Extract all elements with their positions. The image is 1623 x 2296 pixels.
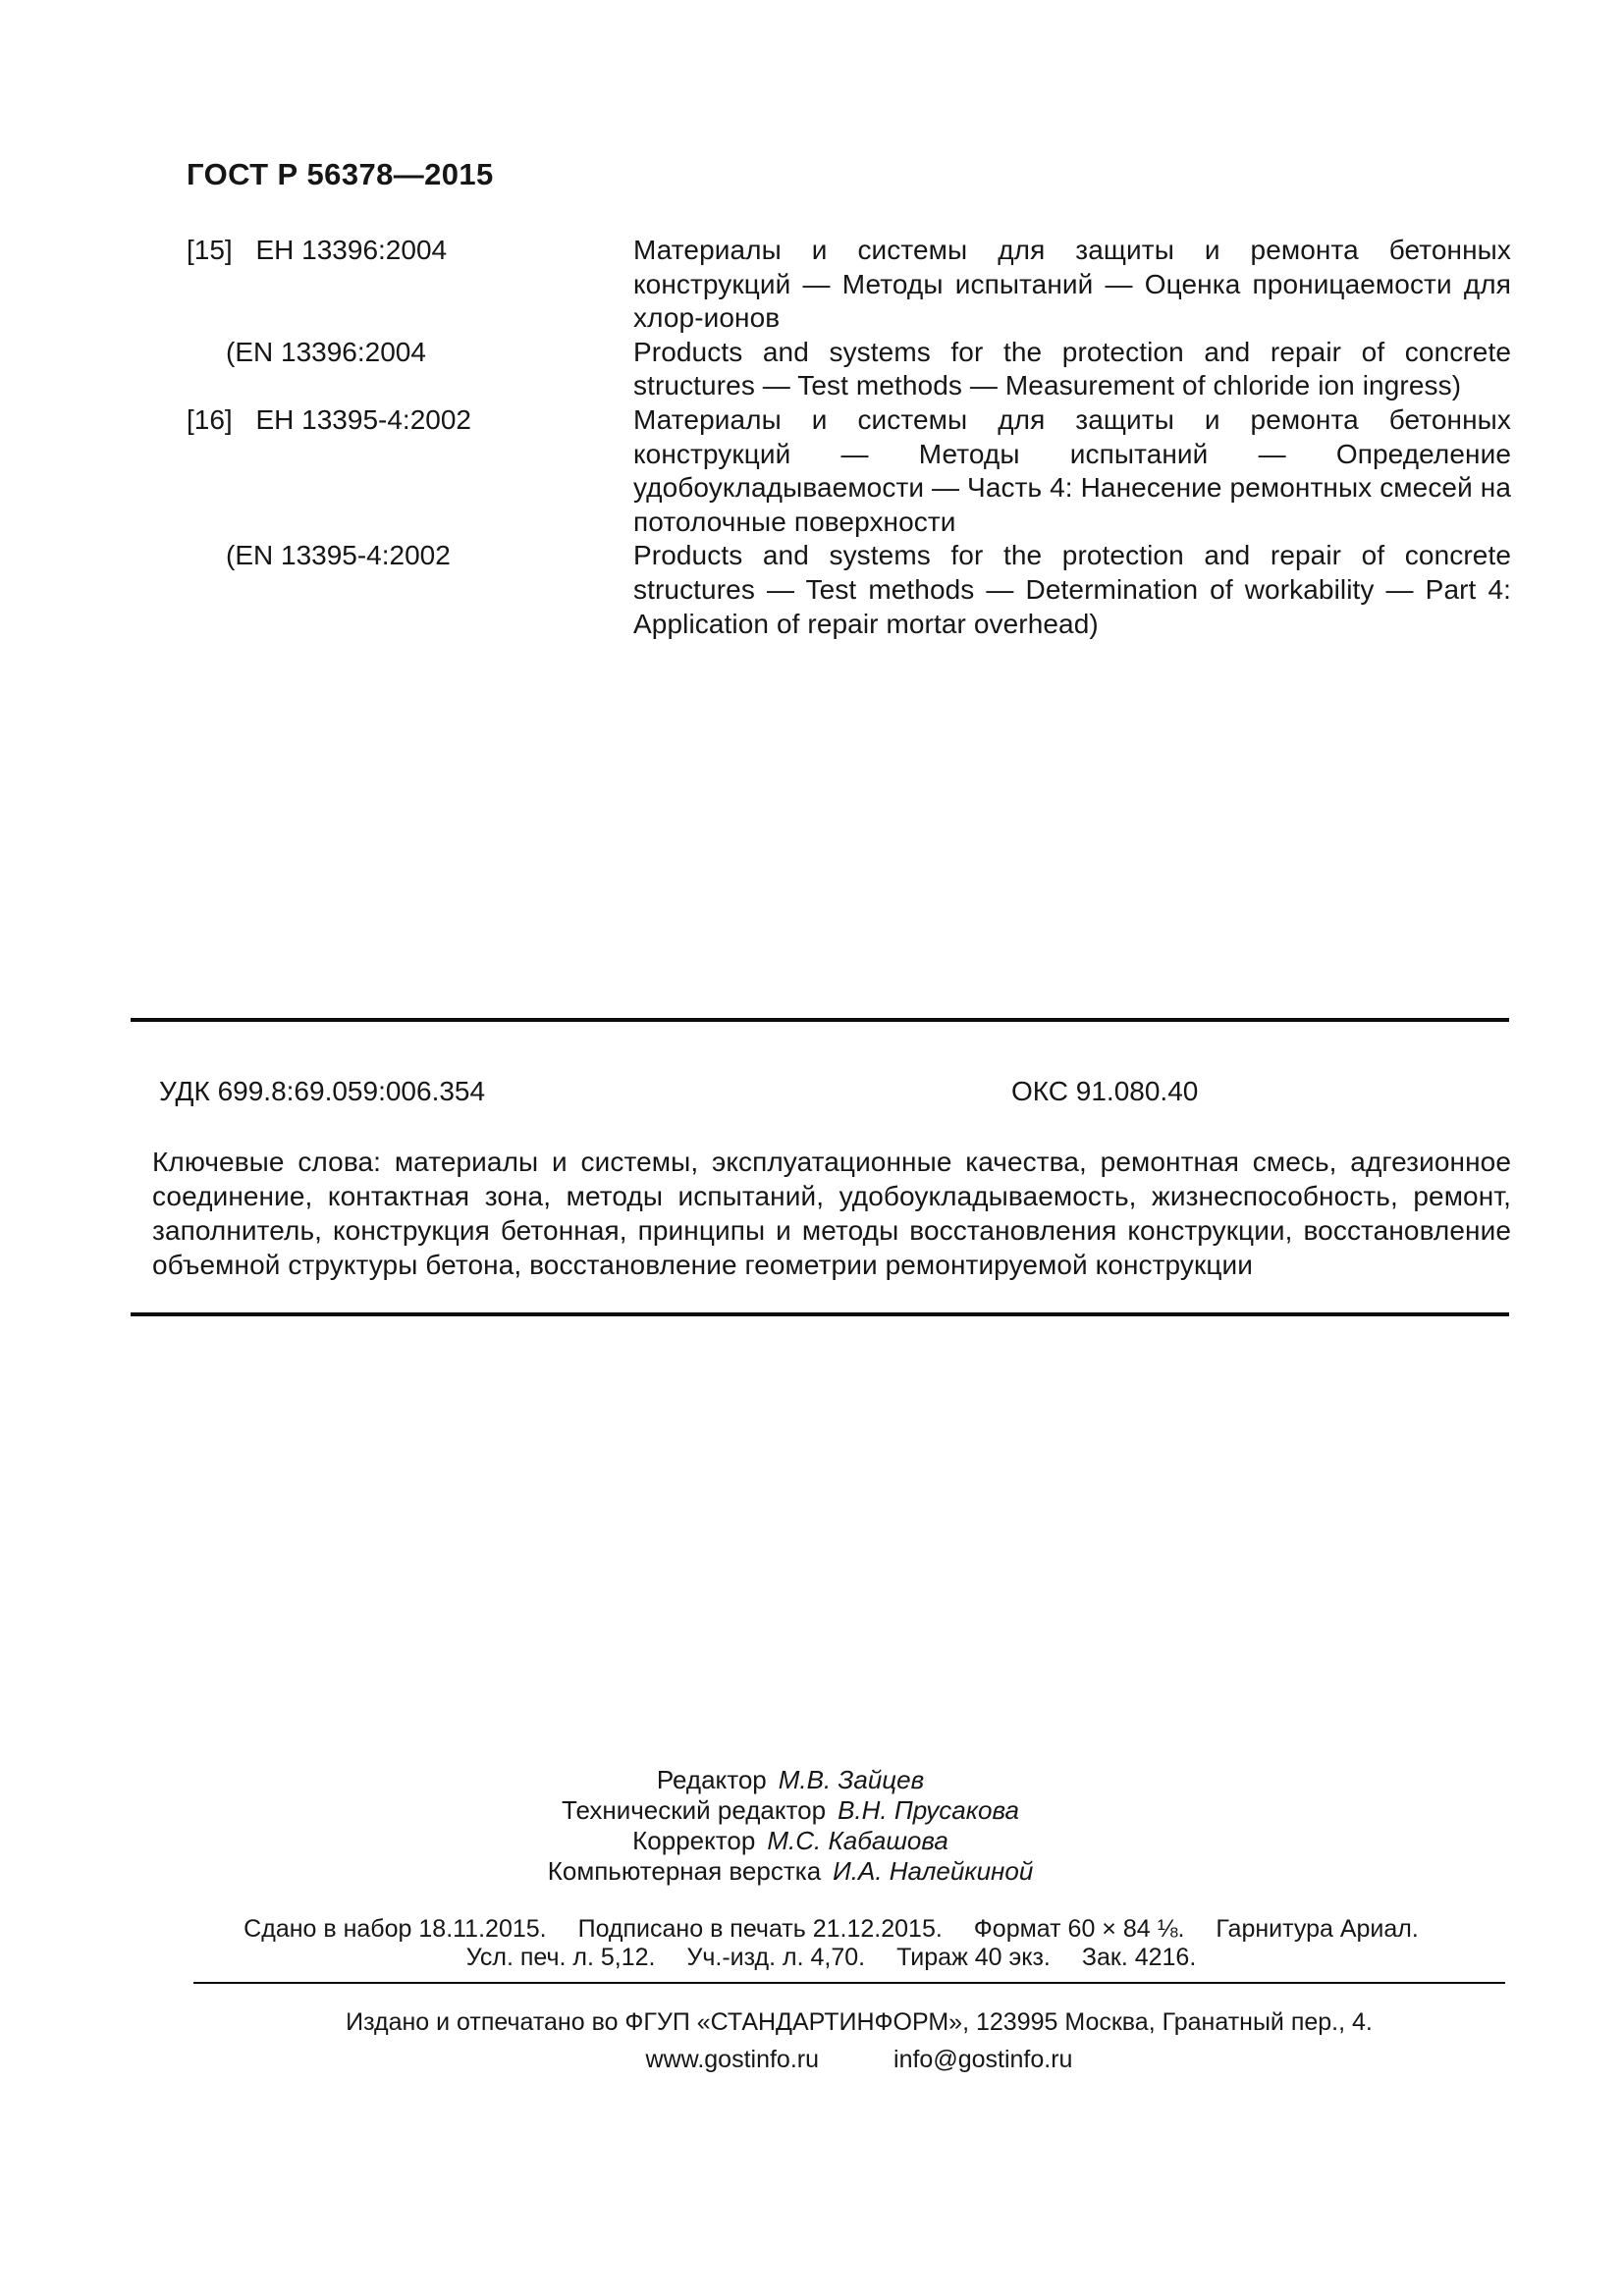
typeface-name: Гарнитура Ариал.: [1216, 1915, 1418, 1944]
print-run: Тираж 40 экз.: [896, 1944, 1051, 1972]
publisher-website-link: www.gostinfo.ru: [646, 2046, 819, 2074]
reference-code-en: (EN 13396:2004: [187, 336, 633, 403]
staff-line-technical-editor: Технический редакторВ.Н. Прусакова: [0, 1795, 1581, 1826]
publisher-links: www.gostinfo.ruinfo@gostinfo.ru: [93, 2046, 1623, 2074]
keywords-paragraph: Ключевые слова: материалы и системы, экс…: [152, 1145, 1511, 1282]
bibliography-list: [15] ЕН 13396:2004 Материалы и системы д…: [187, 234, 1511, 641]
staff-name: И.А. Налейкиной: [833, 1856, 1033, 1886]
horizontal-rule-top: [131, 1018, 1509, 1022]
staff-name: М.В. Зайцев: [779, 1765, 924, 1794]
udk-code: УДК 699.8:69.059:006.354: [159, 1076, 485, 1107]
typeset-date: Сдано в набор 18.11.2015.: [243, 1915, 546, 1944]
reference-label-ru-16: [16] ЕН 13395-4:2002: [187, 403, 633, 539]
staff-role: Редактор: [657, 1765, 767, 1794]
staff-name: М.С. Кабашова: [767, 1826, 947, 1855]
document-page: ГОСТ Р 56378—2015 [15] ЕН 13396:2004 Мат…: [0, 0, 1623, 2296]
oks-code: ОКС 91.080.40: [1011, 1076, 1198, 1107]
reference-label-ru-15: [15] ЕН 13396:2004: [187, 234, 633, 336]
staff-role: Корректор: [632, 1826, 755, 1855]
print-info-line-1: Сдано в набор 18.11.2015.Подписано в печ…: [39, 1915, 1623, 1944]
reference-number: [16]: [187, 403, 233, 438]
staff-role: Технический редактор: [562, 1795, 826, 1825]
publishing-sheets: Уч.-изд. л. 4,70.: [687, 1944, 866, 1972]
staff-line-editor: РедакторМ.В. Зайцев: [0, 1765, 1581, 1795]
reference-code-en: (EN 13395-4:2002: [187, 539, 633, 641]
reference-number: [15]: [187, 234, 233, 268]
reference-title-en: Products and systems for the protection …: [633, 539, 1511, 641]
print-info-line-2: Усл. печ. л. 5,12.Уч.-изд. л. 4,70.Тираж…: [39, 1944, 1623, 1972]
publisher-email-link: info@gostinfo.ru: [893, 2046, 1072, 2074]
staff-name: В.Н. Прусакова: [838, 1795, 1019, 1825]
order-number: Зак. 4216.: [1082, 1944, 1196, 1972]
reference-title-ru: Материалы и системы для защиты и ремонта…: [633, 403, 1511, 539]
paper-format: Формат 60 × 84 ⅛.: [974, 1915, 1185, 1944]
publisher-address: Издано и отпечатано во ФГУП «СТАНДАРТИНФ…: [93, 2008, 1623, 2037]
print-info-block: Сдано в набор 18.11.2015.Подписано в печ…: [39, 1915, 1623, 1972]
conventional-printed-sheets: Усл. печ. л. 5,12.: [466, 1944, 656, 1972]
reference-title-ru: Материалы и системы для защиты и ремонта…: [633, 234, 1511, 336]
horizontal-rule-bottom: [131, 1312, 1509, 1316]
reference-code-ru: ЕН 13395-4:2002: [255, 403, 471, 438]
staff-line-layout: Компьютерная версткаИ.А. Налейкиной: [0, 1856, 1581, 1887]
staff-line-corrector: КорректорМ.С. Кабашова: [0, 1826, 1581, 1856]
page-title: ГОСТ Р 56378—2015: [187, 157, 494, 192]
reference-title-en: Products and systems for the protection …: [633, 336, 1511, 403]
staff-role: Компьютерная верстка: [548, 1856, 821, 1886]
publisher-block: Издано и отпечатано во ФГУП «СТАНДАРТИНФ…: [93, 2008, 1623, 2074]
editorial-staff-block: РедакторМ.В. Зайцев Технический редактор…: [0, 1765, 1581, 1887]
reference-code-ru: ЕН 13396:2004: [255, 234, 447, 268]
signed-to-print-date: Подписано в печать 21.12.2015.: [578, 1915, 943, 1944]
horizontal-rule-thin: [193, 1982, 1505, 1984]
